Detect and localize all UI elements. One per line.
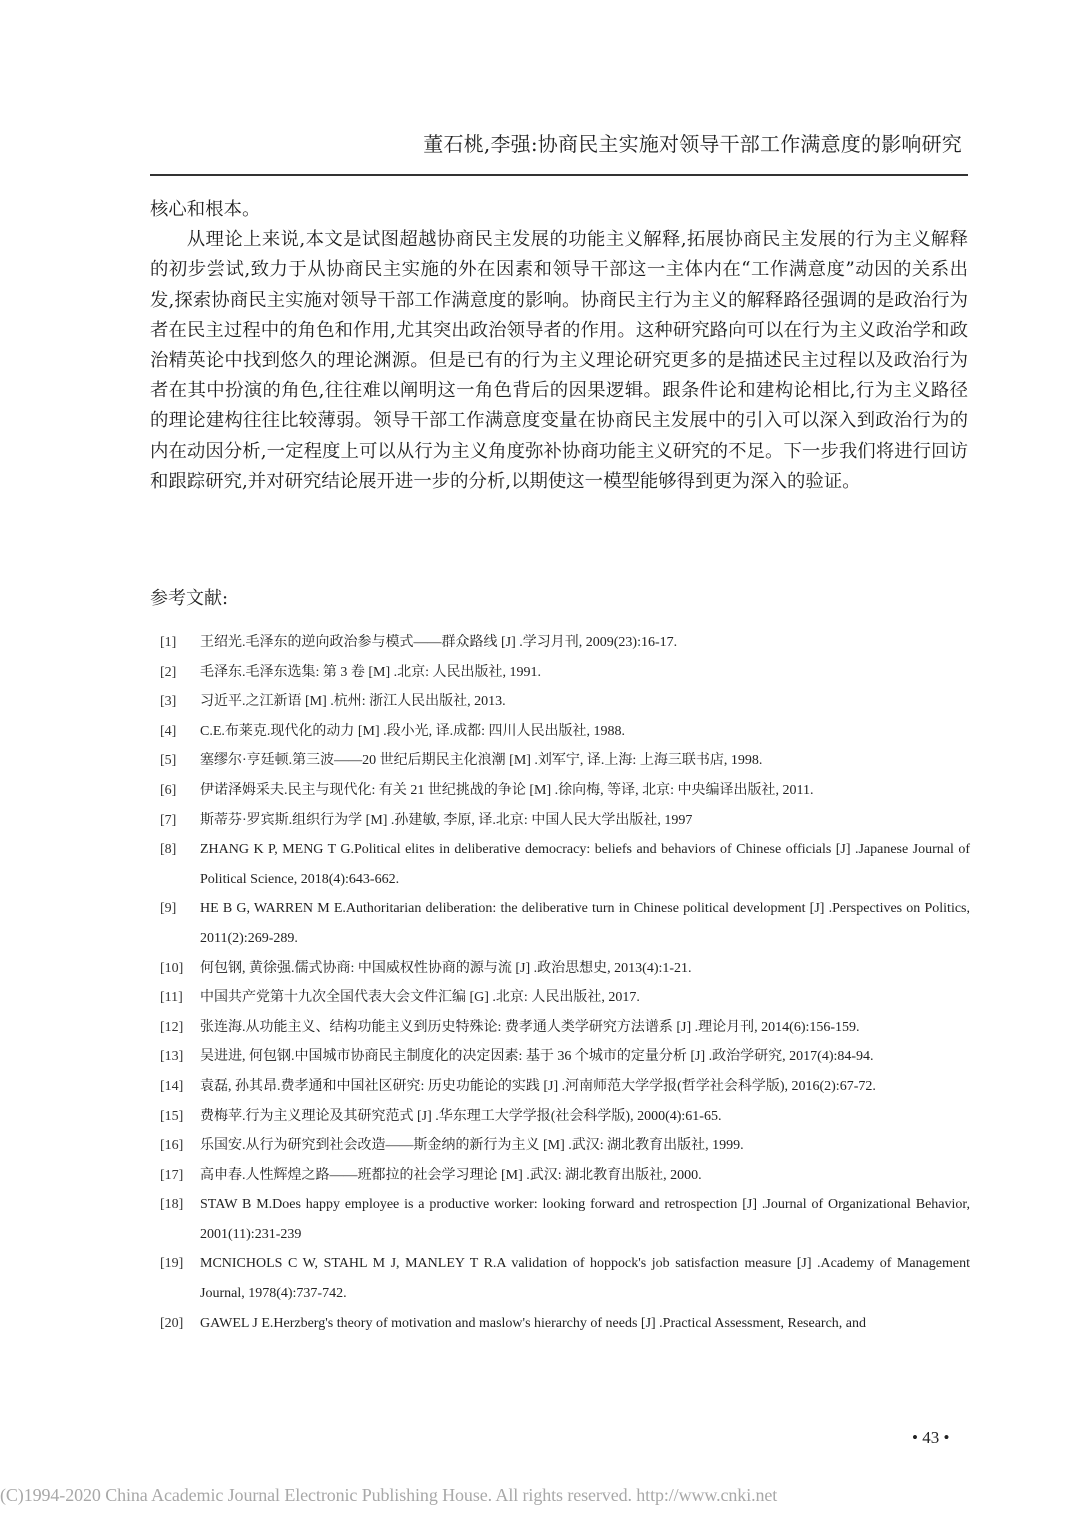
reference-text: C.E.布莱克.现代化的动力 [M] .段小光, 译.成都: 四川人民出版社, … bbox=[200, 717, 970, 747]
reference-number: [15] bbox=[160, 1102, 200, 1132]
reference-item: [7]斯蒂芬·罗宾斯.组织行为学 [M] .孙建敏, 李原, 译.北京: 中国人… bbox=[160, 806, 970, 836]
reference-text: HE B G, WARREN M E.Authoritarian deliber… bbox=[200, 894, 970, 953]
reference-item: [13]吴进进, 何包钢.中国城市协商民主制度化的决定因素: 基于 36 个城市… bbox=[160, 1042, 970, 1072]
reference-number: [10] bbox=[160, 954, 200, 984]
reference-number: [12] bbox=[160, 1013, 200, 1043]
reference-item: [6]伊诺泽姆采夫.民主与现代化: 有关 21 世纪挑战的争论 [M] .徐向梅… bbox=[160, 776, 970, 806]
reference-text: 中国共产党第十九次全国代表大会文件汇编 [G] .北京: 人民出版社, 2017… bbox=[200, 983, 970, 1013]
reference-text: 塞缪尔·亨廷顿.第三波——20 世纪后期民主化浪潮 [M] .刘军宁, 译.上海… bbox=[200, 746, 970, 776]
reference-item: [18]STAW B M.Does happy employee is a pr… bbox=[160, 1190, 970, 1249]
reference-item: [2]毛泽东.毛泽东选集: 第 3 卷 [M] .北京: 人民出版社, 1991… bbox=[160, 658, 970, 688]
reference-number: [18] bbox=[160, 1190, 200, 1220]
reference-item: [4]C.E.布莱克.现代化的动力 [M] .段小光, 译.成都: 四川人民出版… bbox=[160, 717, 970, 747]
reference-item: [15]费梅苹.行为主义理论及其研究范式 [J] .华东理工大学学报(社会科学版… bbox=[160, 1102, 970, 1132]
running-title: 董石桃,李强:协商民主实施对领导干部工作满意度的影响研究 bbox=[423, 128, 962, 157]
reference-text: MCNICHOLS C W, STAHL M J, MANLEY T R.A v… bbox=[200, 1249, 970, 1308]
page-header: 董石桃,李强:协商民主实施对领导干部工作满意度的影响研究 bbox=[150, 126, 968, 176]
reference-item: [14]袁磊, 孙其昂.费孝通和中国社区研究: 历史功能论的实践 [J] .河南… bbox=[160, 1072, 970, 1102]
reference-text: 何包钢, 黄徐强.儒式协商: 中国威权性协商的源与流 [J] .政治思想史, 2… bbox=[200, 954, 970, 984]
reference-number: [2] bbox=[160, 658, 200, 688]
reference-text: 乐国安.从行为研究到社会改造——斯金纳的新行为主义 [M] .武汉: 湖北教育出… bbox=[200, 1131, 970, 1161]
reference-number: [6] bbox=[160, 776, 200, 806]
reference-text: 斯蒂芬·罗宾斯.组织行为学 [M] .孙建敏, 李原, 译.北京: 中国人民大学… bbox=[200, 806, 970, 836]
reference-number: [17] bbox=[160, 1161, 200, 1191]
reference-item: [16]乐国安.从行为研究到社会改造——斯金纳的新行为主义 [M] .武汉: 湖… bbox=[160, 1131, 970, 1161]
reference-text: 高申春.人性辉煌之路——班都拉的社会学习理论 [M] .武汉: 湖北教育出版社,… bbox=[200, 1161, 970, 1191]
reference-text: 费梅苹.行为主义理论及其研究范式 [J] .华东理工大学学报(社会科学版), 2… bbox=[200, 1102, 970, 1132]
reference-item: [8]ZHANG K P, MENG T G.Political elites … bbox=[160, 835, 970, 894]
reference-number: [14] bbox=[160, 1072, 200, 1102]
reference-item: [1]王绍光.毛泽东的逆向政治参与模式——群众路线 [J] .学习月刊, 200… bbox=[160, 628, 970, 658]
reference-text: 习近平.之江新语 [M] .杭州: 浙江人民出版社, 2013. bbox=[200, 687, 970, 717]
reference-number: [20] bbox=[160, 1309, 200, 1339]
paragraph: 核心和根本。 bbox=[150, 195, 968, 225]
reference-text: 毛泽东.毛泽东选集: 第 3 卷 [M] .北京: 人民出版社, 1991. bbox=[200, 658, 970, 688]
reference-number: [11] bbox=[160, 983, 200, 1013]
reference-item: [17]高申春.人性辉煌之路——班都拉的社会学习理论 [M] .武汉: 湖北教育… bbox=[160, 1161, 970, 1191]
paragraph: 从理论上来说,本文是试图超越协商民主发展的功能主义解释,拓展协商民主发展的行为主… bbox=[150, 225, 968, 497]
reference-number: [8] bbox=[160, 835, 200, 865]
reference-item: [19]MCNICHOLS C W, STAHL M J, MANLEY T R… bbox=[160, 1249, 970, 1308]
reference-text: 吴进进, 何包钢.中国城市协商民主制度化的决定因素: 基于 36 个城市的定量分… bbox=[200, 1042, 970, 1072]
page-number: • 43 • bbox=[912, 1428, 949, 1448]
reference-number: [5] bbox=[160, 746, 200, 776]
reference-number: [16] bbox=[160, 1131, 200, 1161]
reference-item: [11]中国共产党第十九次全国代表大会文件汇编 [G] .北京: 人民出版社, … bbox=[160, 983, 970, 1013]
reference-item: [12]张连海.从功能主义、结构功能主义到历史特殊论: 费孝通人类学研究方法谱系… bbox=[160, 1013, 970, 1043]
reference-item: [10]何包钢, 黄徐强.儒式协商: 中国威权性协商的源与流 [J] .政治思想… bbox=[160, 954, 970, 984]
reference-number: [19] bbox=[160, 1249, 200, 1279]
copyright-notice: (C)1994-2020 China Academic Journal Elec… bbox=[0, 1485, 777, 1506]
body-text: 核心和根本。 从理论上来说,本文是试图超越协商民主发展的功能主义解释,拓展协商民… bbox=[150, 195, 968, 497]
reference-number: [3] bbox=[160, 687, 200, 717]
reference-number: [13] bbox=[160, 1042, 200, 1072]
reference-text: STAW B M.Does happy employee is a produc… bbox=[200, 1190, 970, 1249]
references-heading: 参考文献: bbox=[150, 584, 228, 610]
reference-text: 王绍光.毛泽东的逆向政治参与模式——群众路线 [J] .学习月刊, 2009(2… bbox=[200, 628, 970, 658]
reference-list: [1]王绍光.毛泽东的逆向政治参与模式——群众路线 [J] .学习月刊, 200… bbox=[160, 628, 970, 1338]
reference-text: GAWEL J E.Herzberg's theory of motivatio… bbox=[200, 1309, 970, 1339]
reference-text: 袁磊, 孙其昂.费孝通和中国社区研究: 历史功能论的实践 [J] .河南师范大学… bbox=[200, 1072, 970, 1102]
reference-item: [5]塞缪尔·亨廷顿.第三波——20 世纪后期民主化浪潮 [M] .刘军宁, 译… bbox=[160, 746, 970, 776]
reference-text: ZHANG K P, MENG T G.Political elites in … bbox=[200, 835, 970, 894]
reference-item: [20]GAWEL J E.Herzberg's theory of motiv… bbox=[160, 1309, 970, 1339]
reference-number: [7] bbox=[160, 806, 200, 836]
reference-number: [1] bbox=[160, 628, 200, 658]
reference-text: 伊诺泽姆采夫.民主与现代化: 有关 21 世纪挑战的争论 [M] .徐向梅, 等… bbox=[200, 776, 970, 806]
reference-text: 张连海.从功能主义、结构功能主义到历史特殊论: 费孝通人类学研究方法谱系 [J]… bbox=[200, 1013, 970, 1043]
reference-number: [4] bbox=[160, 717, 200, 747]
reference-item: [9]HE B G, WARREN M E.Authoritarian deli… bbox=[160, 894, 970, 953]
reference-item: [3]习近平.之江新语 [M] .杭州: 浙江人民出版社, 2013. bbox=[160, 687, 970, 717]
reference-number: [9] bbox=[160, 894, 200, 924]
